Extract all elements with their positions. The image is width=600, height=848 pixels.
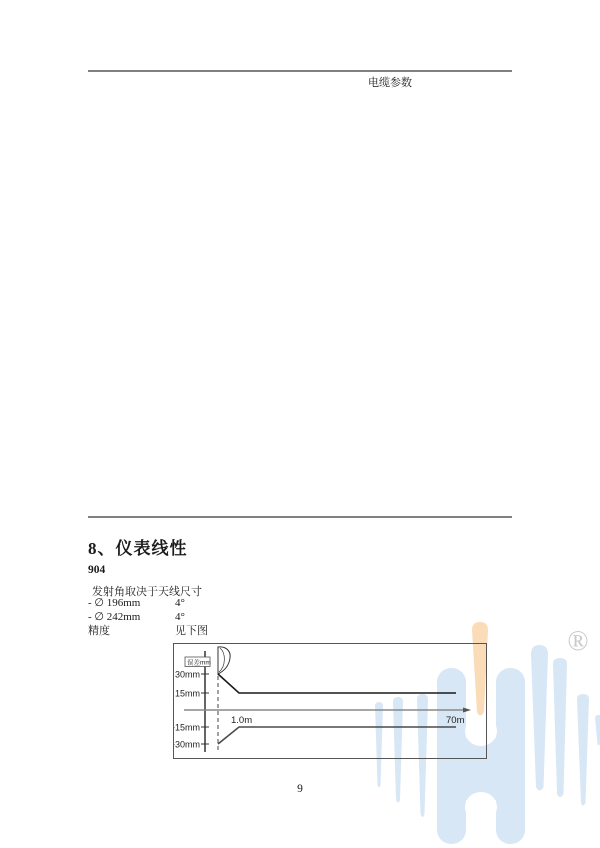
- accuracy-chart: 误差mm 30mm 15mm -15mm -30mm 1.0m 70m: [173, 643, 487, 759]
- y-tick-label: 30mm: [175, 670, 200, 680]
- spec-attribute: [88, 75, 194, 92]
- antenna-diameter: - ∅ 196mm: [88, 596, 175, 610]
- table-bottom-border: [88, 516, 512, 518]
- y-tick-label: -15mm: [173, 723, 200, 733]
- document-page: ® 电缆参数输出参数盲区最大测量距离微波频率通讯接口测量间隔调整时间显示分辨率工…: [0, 0, 600, 848]
- upper-error-curve: [218, 674, 456, 693]
- antenna-diameter: - ∅ 242mm: [88, 610, 175, 624]
- spec-row: 电缆参数输出参数盲区最大测量距离微波频率通讯接口测量间隔调整时间显示分辨率工作存…: [88, 75, 528, 92]
- spec-label: [194, 75, 368, 92]
- x-tick-label: 1.0m: [231, 715, 252, 726]
- lower-error-curve: [218, 727, 456, 744]
- page-number: 9: [285, 783, 315, 795]
- spec-label: 电缆参数: [368, 75, 542, 92]
- spec-table: 电缆参数输出参数盲区最大测量距离微波频率通讯接口测量间隔调整时间显示分辨率工作存…: [88, 75, 528, 92]
- registered-trademark-icon: ®: [567, 626, 588, 657]
- beam-angle-row: - ∅ 196mm 4°: [88, 596, 208, 610]
- accuracy-row: 精度 见下图: [88, 624, 208, 638]
- y-axis-unit-label: 误差mm: [185, 657, 211, 667]
- antenna-icon: [218, 647, 230, 674]
- x-axis-arrow: [463, 708, 471, 713]
- svg-text:误差mm: 误差mm: [187, 658, 211, 667]
- model-number: 904: [88, 564, 105, 576]
- spec-label: [542, 75, 600, 92]
- beam-angle-list: - ∅ 196mm 4° - ∅ 242mm 4° 精度 见下图: [88, 596, 208, 638]
- beam-angle-row: - ∅ 242mm 4°: [88, 610, 208, 624]
- x-tick-label: 70m: [446, 715, 465, 726]
- y-tick-label: 15mm: [175, 689, 200, 699]
- beam-angle-value: 4°: [175, 610, 185, 624]
- table-top-border: [88, 70, 512, 72]
- section-heading: 8、仪表线性: [88, 534, 188, 559]
- accuracy-label: 精度: [88, 624, 175, 638]
- y-tick-label: -30mm: [173, 740, 200, 750]
- accuracy-value: 见下图: [175, 624, 208, 638]
- beam-angle-value: 4°: [175, 596, 185, 610]
- watermark-bars-right: [531, 645, 600, 806]
